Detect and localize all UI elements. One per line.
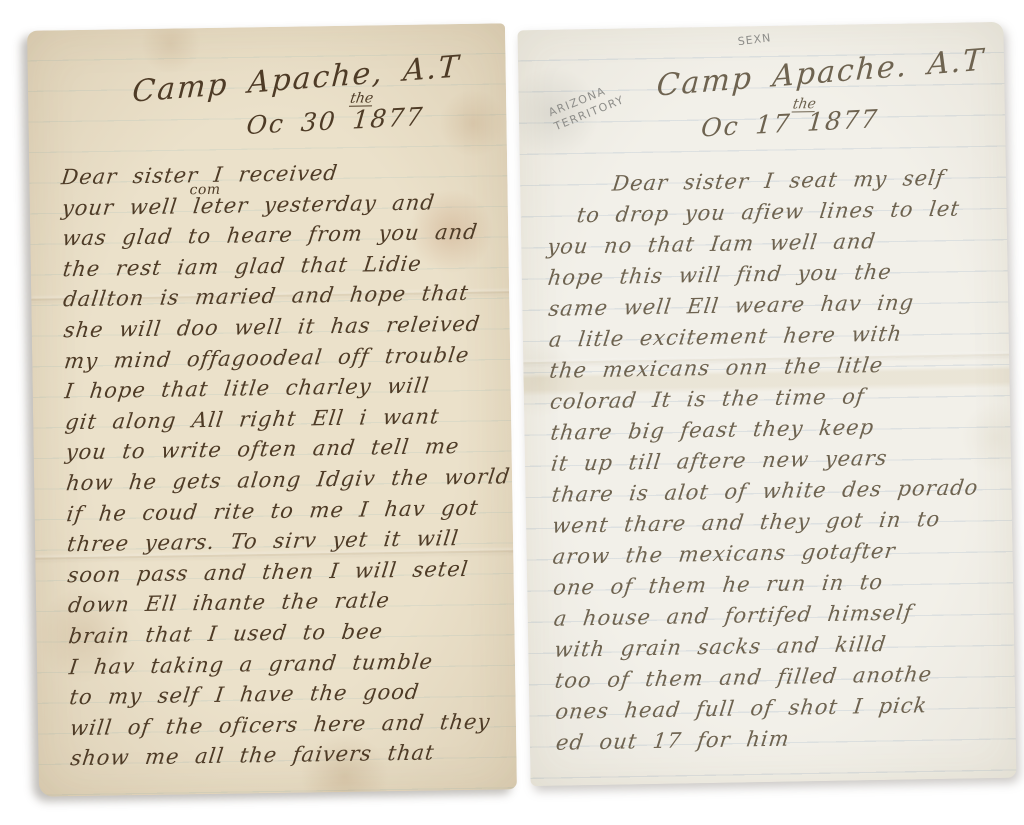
- letter-date-line: Oc 30 1877: [245, 98, 507, 140]
- letter-right-body: Dear sister I seat my selfto drop you af…: [520, 162, 1016, 759]
- letter-date-line: Oc 17 1877: [700, 97, 1006, 142]
- handwriting-line: show me all the faivers that: [69, 737, 515, 775]
- letter-right-heading: Camp Apache. A.T the Oc 17 1877: [517, 22, 1005, 140]
- letter-left-heading: Camp Apache, A.T the Oc 30 1877: [27, 23, 507, 138]
- photo-background: Camp Apache, A.T the Oc 30 1877 com Dear…: [0, 0, 1024, 825]
- letter-left-paper: Camp Apache, A.T the Oc 30 1877 com Dear…: [27, 23, 517, 796]
- letter-place-line: Camp Apache. A.T: [656, 41, 1005, 104]
- letter-left-body: com Dear sister I receivedyour well lete…: [29, 155, 517, 774]
- letter-right-paper: SEXN ARIZONA TERRITORY Camp Apache. A.T …: [517, 22, 1016, 786]
